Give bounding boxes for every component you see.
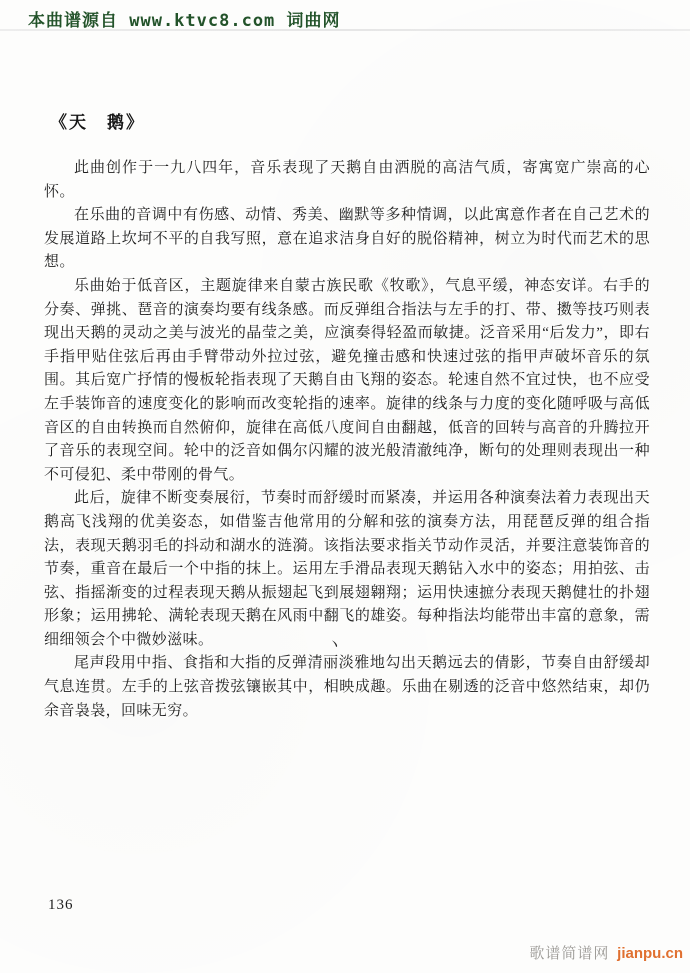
- scan-stray-mark: 丶: [326, 633, 344, 656]
- document-body: 《天 鹅》 此曲创作于一九八四年，音乐表现了天鹅自由洒脱的高洁气质，寄寓宽广崇高…: [44, 108, 650, 723]
- paragraph-intro: 此曲创作于一九八四年，音乐表现了天鹅自由洒脱的高洁气质，寄寓宽广崇高的心怀。: [44, 157, 650, 204]
- paragraph-mood: 在乐曲的音调中有伤感、动情、秀美、幽默等多种情调，以此寓意作者在自己艺术的发展道…: [44, 204, 650, 275]
- footer-site-url: jianpu.cn: [617, 945, 683, 962]
- paragraph-coda-section: 尾声段用中指、食指和大指的反弹清丽淡雅地勾出天鹅远去的倩影，节奏自由舒缓却气息连…: [44, 652, 650, 723]
- footer-site-name: 歌谱简谱网: [529, 946, 609, 962]
- scanned-document-page: 本曲谱源自 www.ktvc8.com 词曲网 《天 鹅》 此曲创作于一九八四年…: [0, 0, 690, 973]
- page-number: 136: [48, 897, 74, 914]
- paragraph-opening-section: 乐曲始于低音区，主题旋律来自蒙古族民歌《牧歌》，气息平缓，神态安详。右手的分奏、…: [44, 275, 650, 487]
- paragraph-variations-section: 此后，旋律不断变奏展衍，节奏时而舒缓时而紧凑，并运用各种演奏法着力表现出天鹅高飞…: [44, 487, 650, 652]
- footer-brand: 歌谱简谱网 jianpu.cn: [529, 942, 683, 963]
- header-divider-line: [0, 29, 690, 31]
- piece-title: 《天 鹅》: [50, 108, 650, 133]
- source-watermark: 本曲谱源自 www.ktvc8.com 词曲网: [28, 6, 341, 31]
